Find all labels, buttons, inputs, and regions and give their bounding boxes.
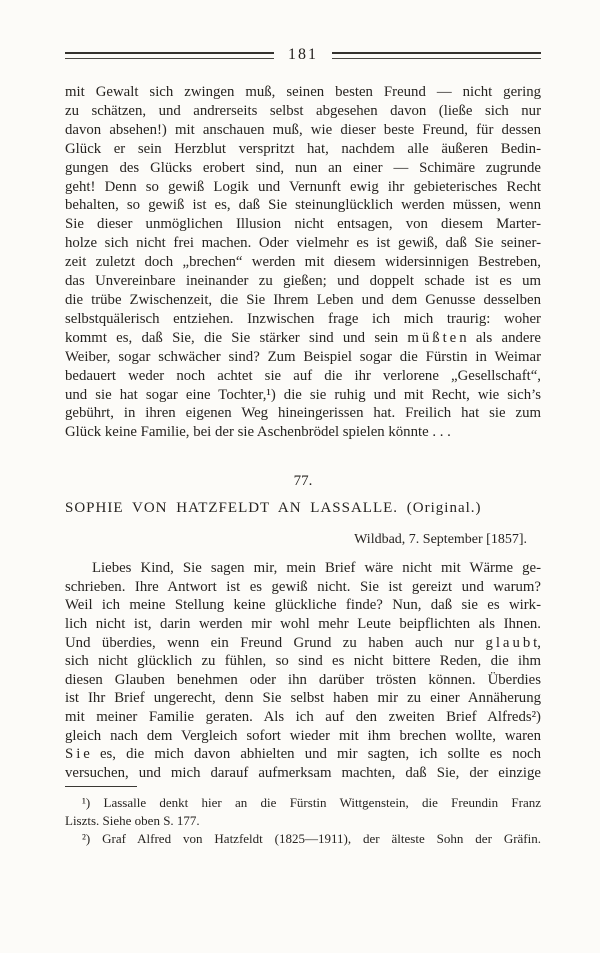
text-line: mit meiner Familie geraten. Als ich auf … <box>65 708 541 727</box>
footnote-separator <box>65 786 137 787</box>
text-line: Weiber, sogar schwächer sind? Zum Beispi… <box>65 348 541 367</box>
footnote-line: ²) Graf Alfred von Hatzfeldt (1825—1911)… <box>65 830 541 848</box>
text-line: selbstquälerisch entziehen. Inzwischen f… <box>65 310 541 329</box>
letter-number: 77. <box>65 472 541 490</box>
letter-dateline: Wildbad, 7. September [1857]. <box>65 531 541 548</box>
text-line: Weil ich meine Stellung keine glückliche… <box>65 596 541 615</box>
text-line: Liebes Kind, Sie sagen mir, mein Brief w… <box>65 559 541 578</box>
text-line: gebührt, in ihren eigenen Weg hineingeri… <box>65 404 541 423</box>
text-line: versuchen, und mich darauf aufmerksam ma… <box>65 764 541 783</box>
page-content: 181 mit Gewalt sich zwingen muß, seinen … <box>0 46 600 848</box>
footnote-1: ¹) Lassalle denkt hier an die Fürstin Wi… <box>65 794 541 830</box>
text-line: kommt es, daß Sie, die Sie stärker sind … <box>65 329 541 348</box>
text-line: schrieben. Ihre Antwort ist es gewiß nic… <box>65 578 541 597</box>
running-head: 181 <box>65 46 541 64</box>
footnote-line: ¹) Lassalle denkt hier an die Fürstin Wi… <box>65 794 541 812</box>
header-rule-left <box>65 52 274 59</box>
letter-heading: SOPHIE VON HATZFELDT AN LASSALLE. (Origi… <box>65 499 541 518</box>
letter-77-body: Liebes Kind, Sie sagen mir, mein Brief w… <box>65 559 541 782</box>
text-line: gungen des Glücks erobert sind, nun an e… <box>65 159 541 178</box>
text-line: geht! Denn so gewiß Logik und Vernunft e… <box>65 178 541 197</box>
text-line: gleich nach dem Vergleich sofort wieder … <box>65 727 541 746</box>
header-rule-right <box>332 52 541 59</box>
text-line: Glück er sein Herzblut verspritzt hat, n… <box>65 140 541 159</box>
text-line: holze sich nicht frei machen. Oder vielm… <box>65 234 541 253</box>
text-line: diesen Glauben benehmen oder ihn darüber… <box>65 671 541 690</box>
text-line: davon absehen!) mit anschauen muß, wie d… <box>65 121 541 140</box>
text-line: Sie dieser unmöglichen Illusion nicht en… <box>65 215 541 234</box>
book-page: 181 mit Gewalt sich zwingen muß, seinen … <box>0 0 600 953</box>
text-line: das Unvereinbare ineinander zu gießen; u… <box>65 272 541 291</box>
text-line: lich nicht ist, darin werden mir wohl me… <box>65 615 541 634</box>
letter-76-continuation: mit Gewalt sich zwingen muß, seinen best… <box>65 83 541 442</box>
text-line: Glück keine Familie, bei der sie Aschenb… <box>65 423 541 442</box>
text-line: mit Gewalt sich zwingen muß, seinen best… <box>65 83 541 102</box>
footnotes: ¹) Lassalle denkt hier an die Fürstin Wi… <box>65 794 541 848</box>
text-line: sich nicht glücklich zu fühlen, so sind … <box>65 652 541 671</box>
text-line: zu schätzen, und andrerseits selbst abge… <box>65 102 541 121</box>
text-line: die trübe Zwischenzeit, die Sie Ihrem Le… <box>65 291 541 310</box>
text-line: Und überdies, wenn ein Freund Grund zu h… <box>65 634 541 653</box>
page-number: 181 <box>274 46 332 64</box>
text-line: bedauert weder noch achtet sie auf die i… <box>65 367 541 386</box>
footnote-line: Liszts. Siehe oben S. 177. <box>65 812 541 830</box>
text-line: S i e es, die mich davon abhielten und m… <box>65 745 541 764</box>
text-line: zeit zuletzt doch „brechen“ werden mit d… <box>65 253 541 272</box>
text-line: und sie hat sogar eine Tochter,¹) die si… <box>65 386 541 405</box>
text-line: ist Ihr Brief ungerecht, denn Sie selbst… <box>65 689 541 708</box>
footnote-2: ²) Graf Alfred von Hatzfeldt (1825—1911)… <box>65 830 541 848</box>
text-line: behalten, so gewiß ist es, daß Sie stein… <box>65 196 541 215</box>
